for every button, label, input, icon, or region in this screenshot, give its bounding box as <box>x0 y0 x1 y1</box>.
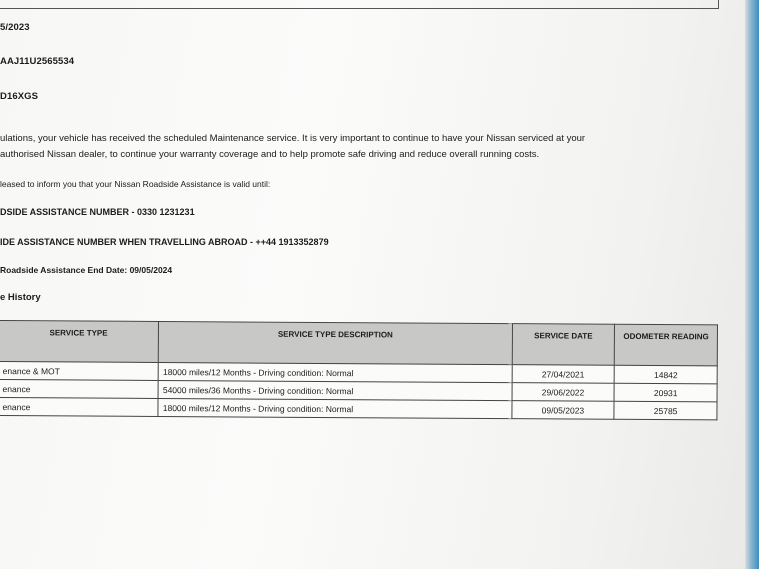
service-history-title: e History <box>0 292 41 303</box>
roadside-end-date: Roadside Assistance End Date: 09/05/2024 <box>0 265 172 275</box>
header-box <box>0 0 719 9</box>
roadside-number: DSIDE ASSISTANCE NUMBER - 0330 1231231 <box>0 207 195 217</box>
service-history-table: SERVICE TYPE SERVICE TYPE DESCRIPTION SE… <box>0 320 718 420</box>
date-cell: 27/04/2021 <box>512 365 615 384</box>
odometer-cell: 25785 <box>614 401 717 420</box>
date-cell: 09/05/2023 <box>512 401 615 420</box>
roadside-notice: leased to inform you that your Nissan Ro… <box>0 179 270 189</box>
intro-line-1: ulations, your vehicle has received the … <box>0 131 720 147</box>
odometer-cell: 14842 <box>614 365 717 384</box>
description-cell: 54000 miles/36 Months - Driving conditio… <box>158 380 511 400</box>
service-type-cell: enance <box>0 398 158 417</box>
intro-line-2: authorised Nissan dealer, to continue yo… <box>0 147 720 163</box>
vin-value: AAJ11U2565534 <box>0 56 74 67</box>
service-type-cell: enance & MOT <box>0 362 159 381</box>
description-cell: 18000 miles/12 Months - Driving conditio… <box>158 398 511 418</box>
header-odometer: ODOMETER READING <box>615 324 718 366</box>
scanned-page: 5/2023 AAJ11U2565534 D16XGS ulations, yo… <box>0 0 745 569</box>
header-service-type: SERVICE TYPE <box>0 321 159 363</box>
table-header-row: SERVICE TYPE SERVICE TYPE DESCRIPTION SE… <box>0 321 717 366</box>
table-row: enance 18000 miles/12 Months - Driving c… <box>0 398 717 420</box>
roadside-abroad-number: IDE ASSISTANCE NUMBER WHEN TRAVELLING AB… <box>0 237 329 247</box>
odometer-cell: 20931 <box>614 383 717 402</box>
header-service-date: SERVICE DATE <box>512 324 615 366</box>
description-cell: 18000 miles/12 Months - Driving conditio… <box>158 362 511 382</box>
intro-paragraph: ulations, your vehicle has received the … <box>0 131 720 163</box>
page-edge-background <box>745 0 759 569</box>
date-cell: 29/06/2022 <box>512 383 615 402</box>
registration-value: D16XGS <box>0 91 38 102</box>
header-service-description: SERVICE TYPE DESCRIPTION <box>159 321 513 364</box>
service-date-value: 5/2023 <box>0 22 30 33</box>
service-type-cell: enance <box>0 380 158 399</box>
